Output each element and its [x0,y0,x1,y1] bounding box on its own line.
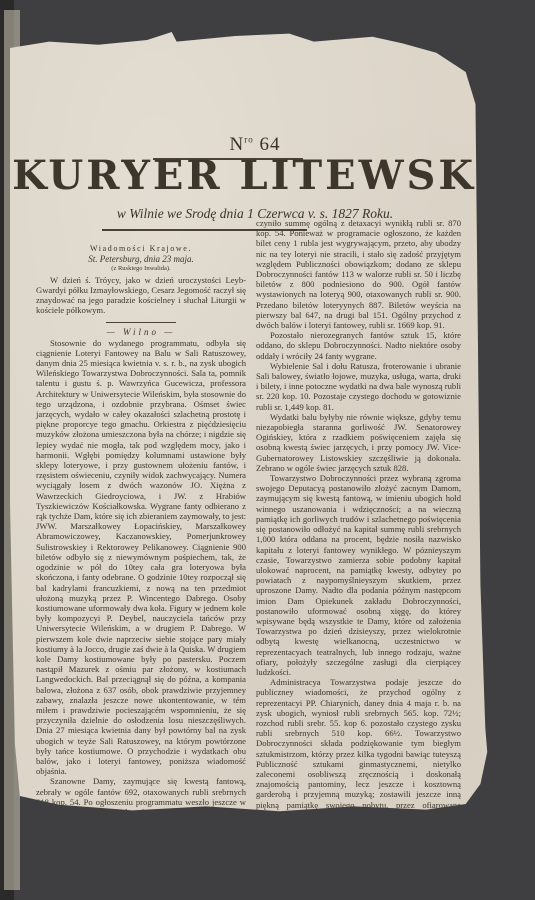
issue-number-suffix: ro [244,135,254,145]
article-paragraph: Wybielenie Sal i dołu Ratusza, froterowa… [256,361,461,412]
masthead-title: KURYER LITEWSKI [10,152,500,199]
section-divider [106,322,176,323]
dispatch-place: St. Petersburg, dnia 23 maja. [36,254,246,264]
left-column: Wiadomości Krajowe. St. Petersburg, dnia… [36,244,246,827]
article-paragraph: Wydatki balu byłyby nie równie większe, … [256,412,461,473]
section-heading: Wiadomości Krajowe. [36,244,246,254]
dispatch-source: (z Ruskiego Inwalida). [36,264,246,274]
article-paragraph: czyniło summę ogólną z detaxacyi wynikłą… [256,218,461,330]
right-column: czyniło summę ogólną z detaxacyi wynikłą… [256,218,461,820]
article-paragraph: Stosownie do wydanego programmatu, odbył… [36,338,246,777]
article-paragraph: Szanowne Damy, zaymujące się kwestą fant… [36,776,246,827]
article-paragraph: Towarzystwo Dobroczynności przez wybraną… [256,473,461,677]
dispatch-text: W dzień ś. Tróycy, jako w dzień uroczyst… [36,275,246,316]
city-heading: — Wilno — [36,327,246,337]
newspaper-page: Nro 64 KURYER LITEWSKI w Wilnie we Srodę… [10,24,500,824]
article-paragraph: Administracya Towarzystwa podaje jeszcze… [256,677,461,820]
article-paragraph: Pozostało nierozegranych fantów sztuk 15… [256,330,461,361]
